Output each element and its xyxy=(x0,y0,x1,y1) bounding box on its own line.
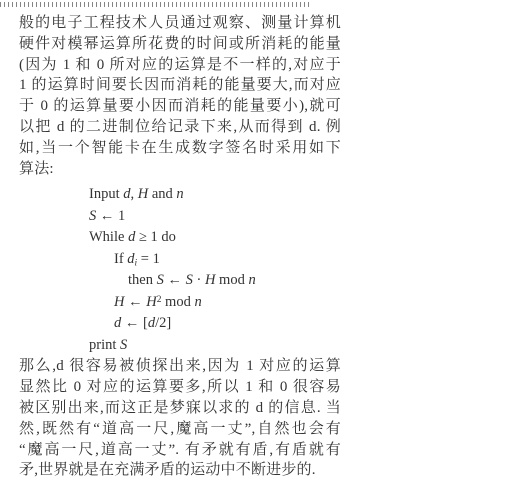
pseudocode-line: then S ← S · H mod n xyxy=(19,270,341,292)
code-text: = 1 xyxy=(137,251,160,267)
text-line: 那么,d 很容易被侦探出来,因为 1 对应的运算 xyxy=(19,356,341,377)
text-line: 显然比 0 对应的运算要多,所以 1 和 0 很容易 xyxy=(19,377,341,398)
math-variable: H xyxy=(138,186,148,202)
code-text: print xyxy=(89,337,120,353)
code-text: Input xyxy=(89,186,123,202)
text-column: 般的电子工程技术人员通过观察、测量计算机硬件对模幂运算所花费的时间或所消耗的能量… xyxy=(19,13,341,481)
code-text: mod xyxy=(161,294,194,310)
math-variable: n xyxy=(194,294,201,310)
math-variable: H xyxy=(146,294,156,310)
code-text: ← 1 xyxy=(96,208,125,224)
code-text: ≥ 1 do xyxy=(135,229,176,245)
text-line: 矛,世界就是在充满矛盾的运动中不断进步的. xyxy=(19,460,341,481)
text-line: 算法: xyxy=(19,159,341,180)
algorithm-block: Input d, H and nS ← 1While d ≥ 1 doIf di… xyxy=(19,184,341,356)
code-text: mod xyxy=(215,272,248,288)
pseudocode-line: d ← [d/2] xyxy=(19,313,341,335)
math-variable: n xyxy=(248,272,255,288)
pseudocode-line: H ← H2 mod n xyxy=(19,292,341,314)
math-variable: n xyxy=(176,186,183,202)
text-line: 于 0 的运算量要小因而消耗的能量要小),就可 xyxy=(19,96,341,117)
code-text: ← xyxy=(124,294,146,310)
paragraph-2: 那么,d 很容易被侦探出来,因为 1 对应的运算显然比 0 对应的运算要多,所以… xyxy=(19,356,341,481)
code-text: then xyxy=(128,272,157,288)
code-text: ← [ xyxy=(121,315,148,331)
math-variable: S xyxy=(120,337,127,353)
text-line: 如,当一个智能卡在生成数字签名时采用如下 xyxy=(19,138,341,159)
text-line: 被区别出来,而这正是梦寐以求的 d 的信息. 当 xyxy=(19,398,341,419)
text-line: “魔高一尺,道高一丈”. 有矛就有盾,有盾就有 xyxy=(19,440,341,461)
text-line: 1 的运算时间要长因而消耗的能量要大,而对应 xyxy=(19,75,341,96)
text-line: 然,既然有“道高一尺,魔高一丈”,自然也会有 xyxy=(19,419,341,440)
code-text: ← xyxy=(164,272,186,288)
text-line: 般的电子工程技术人员通过观察、测量计算机 xyxy=(19,13,341,34)
math-variable: S xyxy=(157,272,164,288)
pseudocode-line: print S xyxy=(19,335,341,357)
pseudocode-line: S ← 1 xyxy=(19,206,341,228)
page-perforation-dots xyxy=(0,2,310,7)
math-variable: d xyxy=(127,251,134,267)
math-variable: H xyxy=(114,294,124,310)
pseudocode-line: Input d, H and n xyxy=(19,184,341,206)
math-variable: H xyxy=(205,272,215,288)
scanned-book-page: 般的电子工程技术人员通过观察、测量计算机硬件对模幂运算所花费的时间或所消耗的能量… xyxy=(0,0,512,490)
paragraph-1: 般的电子工程技术人员通过观察、测量计算机硬件对模幂运算所花费的时间或所消耗的能量… xyxy=(19,13,341,179)
text-line: (因为 1 和 0 所对应的运算是不一样的,对应于 xyxy=(19,55,341,76)
code-text: While xyxy=(89,229,128,245)
text-line: 以把 d 的二进制位给记录下来,从而得到 d. 例 xyxy=(19,117,341,138)
code-text: · xyxy=(193,272,205,288)
code-text: If xyxy=(114,251,127,267)
code-text: /2] xyxy=(155,315,171,331)
text-line: 硬件对模幂运算所花费的时间或所消耗的能量 xyxy=(19,34,341,55)
code-text: and xyxy=(148,186,176,202)
pseudocode-line: If di = 1 xyxy=(19,249,341,271)
math-variable: d xyxy=(148,315,155,331)
math-variable: S xyxy=(186,272,193,288)
pseudocode-line: While d ≥ 1 do xyxy=(19,227,341,249)
code-text: , xyxy=(130,186,137,202)
